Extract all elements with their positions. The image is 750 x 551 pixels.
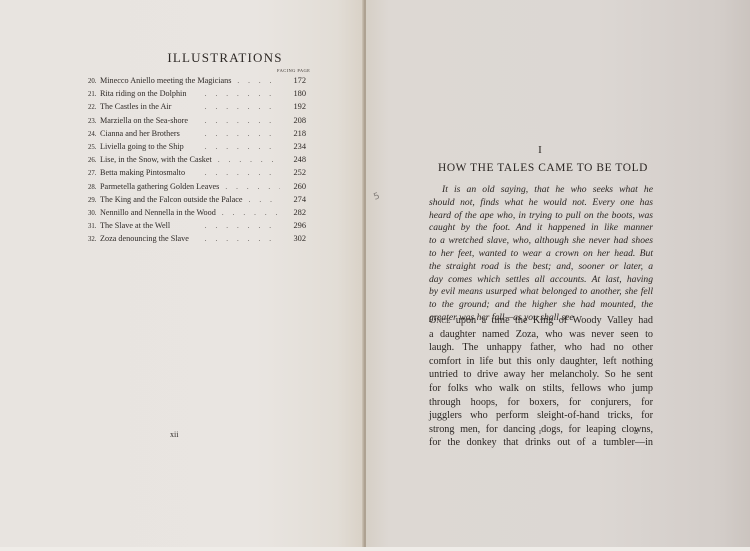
illustration-entry: 28.Parmetella gathering Golden Leaves...… bbox=[88, 182, 306, 195]
entry-title: Cianna and her Brothers bbox=[100, 129, 180, 138]
entry-title: Liviella going to the Ship bbox=[100, 142, 184, 151]
signature-letter: B bbox=[634, 430, 638, 436]
leader-dots: ....... bbox=[170, 222, 280, 230]
page-bottom-edge bbox=[0, 547, 750, 551]
entry-page: 252 bbox=[280, 168, 306, 177]
chapter-number: I bbox=[530, 144, 550, 156]
body-line: jugglers who perform sleight-of-hand tri… bbox=[429, 409, 653, 423]
entry-title: Marziella on the Sea-shore bbox=[100, 116, 188, 125]
intro-line: caught by the foot. And it happened in l… bbox=[429, 222, 653, 235]
facing-page-label: FACING PAGE bbox=[277, 68, 310, 73]
entry-title: Minecco Aniello meeting the Magicians bbox=[100, 76, 231, 85]
entry-page: 172 bbox=[280, 76, 306, 85]
body-line: strong men, for dancing dogs, for leapin… bbox=[429, 423, 653, 437]
entry-page: 180 bbox=[280, 89, 306, 98]
body-line: for folks who walk on stilts, fellows wh… bbox=[429, 382, 653, 396]
leader-dots: ....... bbox=[180, 130, 280, 138]
entry-page: 248 bbox=[280, 155, 306, 164]
body-line: a daughter named Zoza, who was never see… bbox=[429, 328, 653, 342]
entry-number: 27. bbox=[88, 170, 100, 177]
intro-line: to her feet, wanted to wear a crown on h… bbox=[429, 248, 653, 261]
entry-title: The King and the Falcon outside the Pala… bbox=[100, 195, 243, 204]
intro-line: to the ground; and the higher she had mo… bbox=[429, 299, 653, 312]
body-line: for the donkey that drinks out of a tumb… bbox=[429, 436, 653, 450]
entry-number: 22. bbox=[88, 104, 100, 111]
entry-number: 30. bbox=[88, 210, 100, 217]
entry-number: 24. bbox=[88, 131, 100, 138]
leader-dots: ....... bbox=[188, 117, 280, 125]
illustration-entry: 24.Cianna and her Brothers.......218 bbox=[88, 129, 306, 142]
body-line: Once upon a time the King of Woody Valle… bbox=[429, 314, 653, 328]
entry-title: Zoza denouncing the Slave bbox=[100, 234, 189, 243]
illustration-entry: 30.Nennillo and Nennella in the Wood....… bbox=[88, 208, 306, 221]
book-spread: ILLUSTRATIONS FACING PAGE 20.Minecco Ani… bbox=[0, 0, 750, 551]
body-line: through hoops, for boxers, for conjurers… bbox=[429, 396, 653, 410]
leader-dots: ....... bbox=[171, 103, 280, 111]
entry-title: Parmetella gathering Golden Leaves bbox=[100, 182, 219, 191]
intro-paragraph: It is an old saying, that he who seeks w… bbox=[429, 184, 653, 325]
leader-dots: ....... bbox=[184, 143, 280, 151]
leader-dots: ....... bbox=[212, 156, 280, 164]
entry-number: 31. bbox=[88, 223, 100, 230]
entry-number: 21. bbox=[88, 91, 100, 98]
body-line: laugh. The unhappy father, who had no ot… bbox=[429, 341, 653, 355]
illustration-entry: 31.The Slave at the Well.......296 bbox=[88, 221, 306, 234]
entry-title: The Castles in the Air bbox=[100, 102, 171, 111]
chapter-title: HOW THE TALES CAME TO BE TOLD bbox=[432, 162, 654, 174]
leader-dots: ....... bbox=[219, 183, 280, 191]
intro-line: to a wretched slave, who, although she n… bbox=[429, 235, 653, 248]
body-line-text: upon a time the King of Woody Valley had bbox=[450, 315, 653, 326]
entry-page: 302 bbox=[280, 234, 306, 243]
entry-page: 296 bbox=[280, 221, 306, 230]
intro-line: heard of the ape who, in trying to pull … bbox=[429, 210, 653, 223]
intro-line: day comes which settles all accounts. At… bbox=[429, 274, 653, 287]
illustrations-list: 20.Minecco Aniello meeting the Magicians… bbox=[88, 76, 306, 247]
illustration-entry: 20.Minecco Aniello meeting the Magicians… bbox=[88, 76, 306, 89]
page-number-left: xii bbox=[170, 430, 178, 439]
illustration-entry: 23.Marziella on the Sea-shore.......208 bbox=[88, 116, 306, 129]
leader-dots: ....... bbox=[216, 209, 280, 217]
entry-number: 28. bbox=[88, 184, 100, 191]
entry-page: 192 bbox=[280, 102, 306, 111]
entry-page: 282 bbox=[280, 208, 306, 217]
intro-line: by evil means usurped what belonged to a… bbox=[429, 286, 653, 299]
entry-title: Nennillo and Nennella in the Wood bbox=[100, 208, 216, 217]
illustration-entry: 27.Betta making Pintosmalto.......252 bbox=[88, 168, 306, 181]
illustration-entry: 22.The Castles in the Air.......192 bbox=[88, 102, 306, 115]
entry-page: 208 bbox=[280, 116, 306, 125]
intro-line: the straight road is the best; and, soon… bbox=[429, 261, 653, 274]
entry-page: 274 bbox=[280, 195, 306, 204]
entry-page: 260 bbox=[280, 182, 306, 191]
entry-title: The Slave at the Well bbox=[100, 221, 170, 230]
illustrations-heading: ILLUSTRATIONS bbox=[140, 50, 310, 66]
illustration-entry: 29.The King and the Falcon outside the P… bbox=[88, 195, 306, 208]
leader-dots: ....... bbox=[185, 169, 280, 177]
intro-line: It is an old saying, that he who seeks w… bbox=[429, 184, 653, 197]
signature-number: I bbox=[539, 430, 541, 436]
intro-line: should not, finds what he would not. Eve… bbox=[429, 197, 653, 210]
drop-word: Once bbox=[429, 315, 450, 326]
entry-title: Lise, in the Snow, with the Casket bbox=[100, 155, 212, 164]
body-line: comfort in life but this only daughter, … bbox=[429, 355, 653, 369]
entry-number: 32. bbox=[88, 236, 100, 243]
entry-number: 20. bbox=[88, 78, 100, 85]
leader-dots: ....... bbox=[186, 90, 280, 98]
leader-dots: ....... bbox=[189, 235, 280, 243]
entry-page: 218 bbox=[280, 129, 306, 138]
entry-number: 26. bbox=[88, 157, 100, 164]
entry-number: 29. bbox=[88, 197, 100, 204]
entry-number: 23. bbox=[88, 118, 100, 125]
entry-title: Betta making Pintosmalto bbox=[100, 168, 185, 177]
entry-number: 25. bbox=[88, 144, 100, 151]
entry-title: Rita riding on the Dolphin bbox=[100, 89, 186, 98]
leader-dots: ....... bbox=[231, 77, 280, 85]
leader-dots: ....... bbox=[243, 196, 280, 204]
left-page: ILLUSTRATIONS FACING PAGE 20.Minecco Ani… bbox=[0, 0, 366, 551]
illustration-entry: 26.Lise, in the Snow, with the Casket...… bbox=[88, 155, 306, 168]
illustration-entry: 25.Liviella going to the Ship.......234 bbox=[88, 142, 306, 155]
entry-page: 234 bbox=[280, 142, 306, 151]
illustration-entry: 21.Rita riding on the Dolphin.......180 bbox=[88, 89, 306, 102]
illustration-entry: 32.Zoza denouncing the Slave.......302 bbox=[88, 234, 306, 247]
body-paragraph: Once upon a time the King of Woody Valle… bbox=[429, 314, 653, 450]
body-line: untried to drive away her melancholy. So… bbox=[429, 368, 653, 382]
